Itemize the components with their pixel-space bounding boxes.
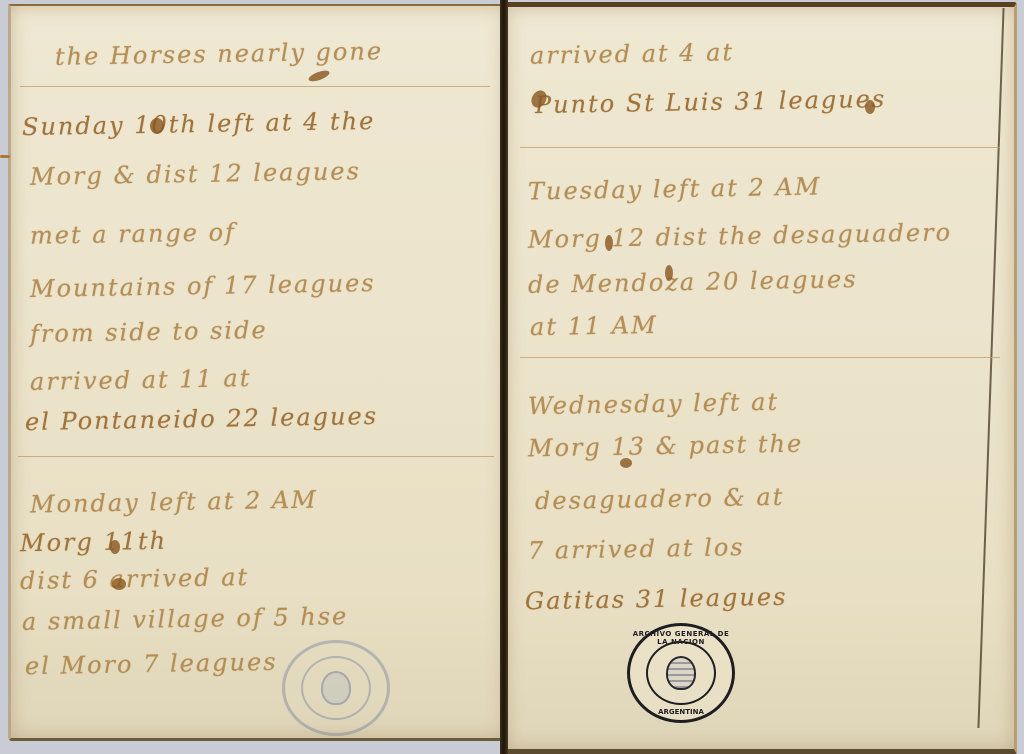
ink-blot bbox=[620, 458, 632, 468]
ink-blot bbox=[665, 265, 673, 281]
handwritten-line: desaguadero & at bbox=[535, 483, 785, 515]
stamp-inner-ring bbox=[646, 641, 716, 705]
stamp-top-text: ARCHIVO GENERAL DE LA NACION bbox=[630, 630, 732, 646]
handwritten-line: the Horses nearly gone bbox=[55, 37, 383, 71]
handwritten-line: el Moro 7 leagues bbox=[25, 648, 278, 680]
book-gutter bbox=[500, 0, 508, 754]
handwritten-line: de Mendoza 20 leagues bbox=[528, 265, 858, 299]
handwritten-line: Monday left at 2 AM bbox=[30, 485, 318, 518]
handwritten-line: Gatitas 31 leagues bbox=[525, 583, 788, 616]
handwritten-line: Morg & dist 12 leagues bbox=[30, 157, 361, 191]
handwritten-line: Wednesday left at bbox=[528, 388, 780, 420]
handwritten-line: from side to side bbox=[30, 316, 268, 348]
separator-rule bbox=[520, 357, 1000, 358]
handwritten-line: arrived at 11 at bbox=[30, 364, 252, 396]
handwritten-line: met a range of bbox=[30, 218, 236, 250]
archive-stamp: ARCHIVO GENERAL DE LA NACION ARGENTINA bbox=[627, 623, 735, 723]
ink-blot bbox=[110, 540, 120, 554]
binding-thread bbox=[0, 155, 10, 158]
handwritten-line: 7 arrived at los bbox=[528, 533, 745, 565]
handwritten-line: arrived at 4 at bbox=[530, 38, 735, 70]
stamp-bottom-text: ARGENTINA bbox=[630, 708, 732, 716]
separator-rule bbox=[520, 147, 1000, 148]
faded-archive-stamp-icon bbox=[321, 671, 351, 705]
stamp-inner-ring bbox=[301, 656, 371, 720]
handwritten-line: Morg 11th bbox=[20, 527, 168, 558]
ink-blot bbox=[112, 578, 126, 590]
handwritten-line: at 11 AM bbox=[530, 311, 658, 341]
ink-blot bbox=[150, 118, 164, 134]
handwritten-line: a small village of 5 hse bbox=[22, 602, 349, 636]
separator-rule bbox=[20, 86, 490, 87]
ink-blot bbox=[605, 235, 613, 251]
faded-archive-stamp bbox=[282, 640, 390, 736]
handwritten-line: dist 6 arrived at bbox=[20, 563, 250, 595]
separator-rule bbox=[18, 456, 494, 457]
handwritten-line: Morg 13 & past the bbox=[528, 430, 804, 463]
ink-blot bbox=[865, 100, 875, 114]
handwritten-line: Tuesday left at 2 AM bbox=[528, 172, 822, 205]
argentine-coat-of-arms-icon bbox=[666, 656, 696, 690]
